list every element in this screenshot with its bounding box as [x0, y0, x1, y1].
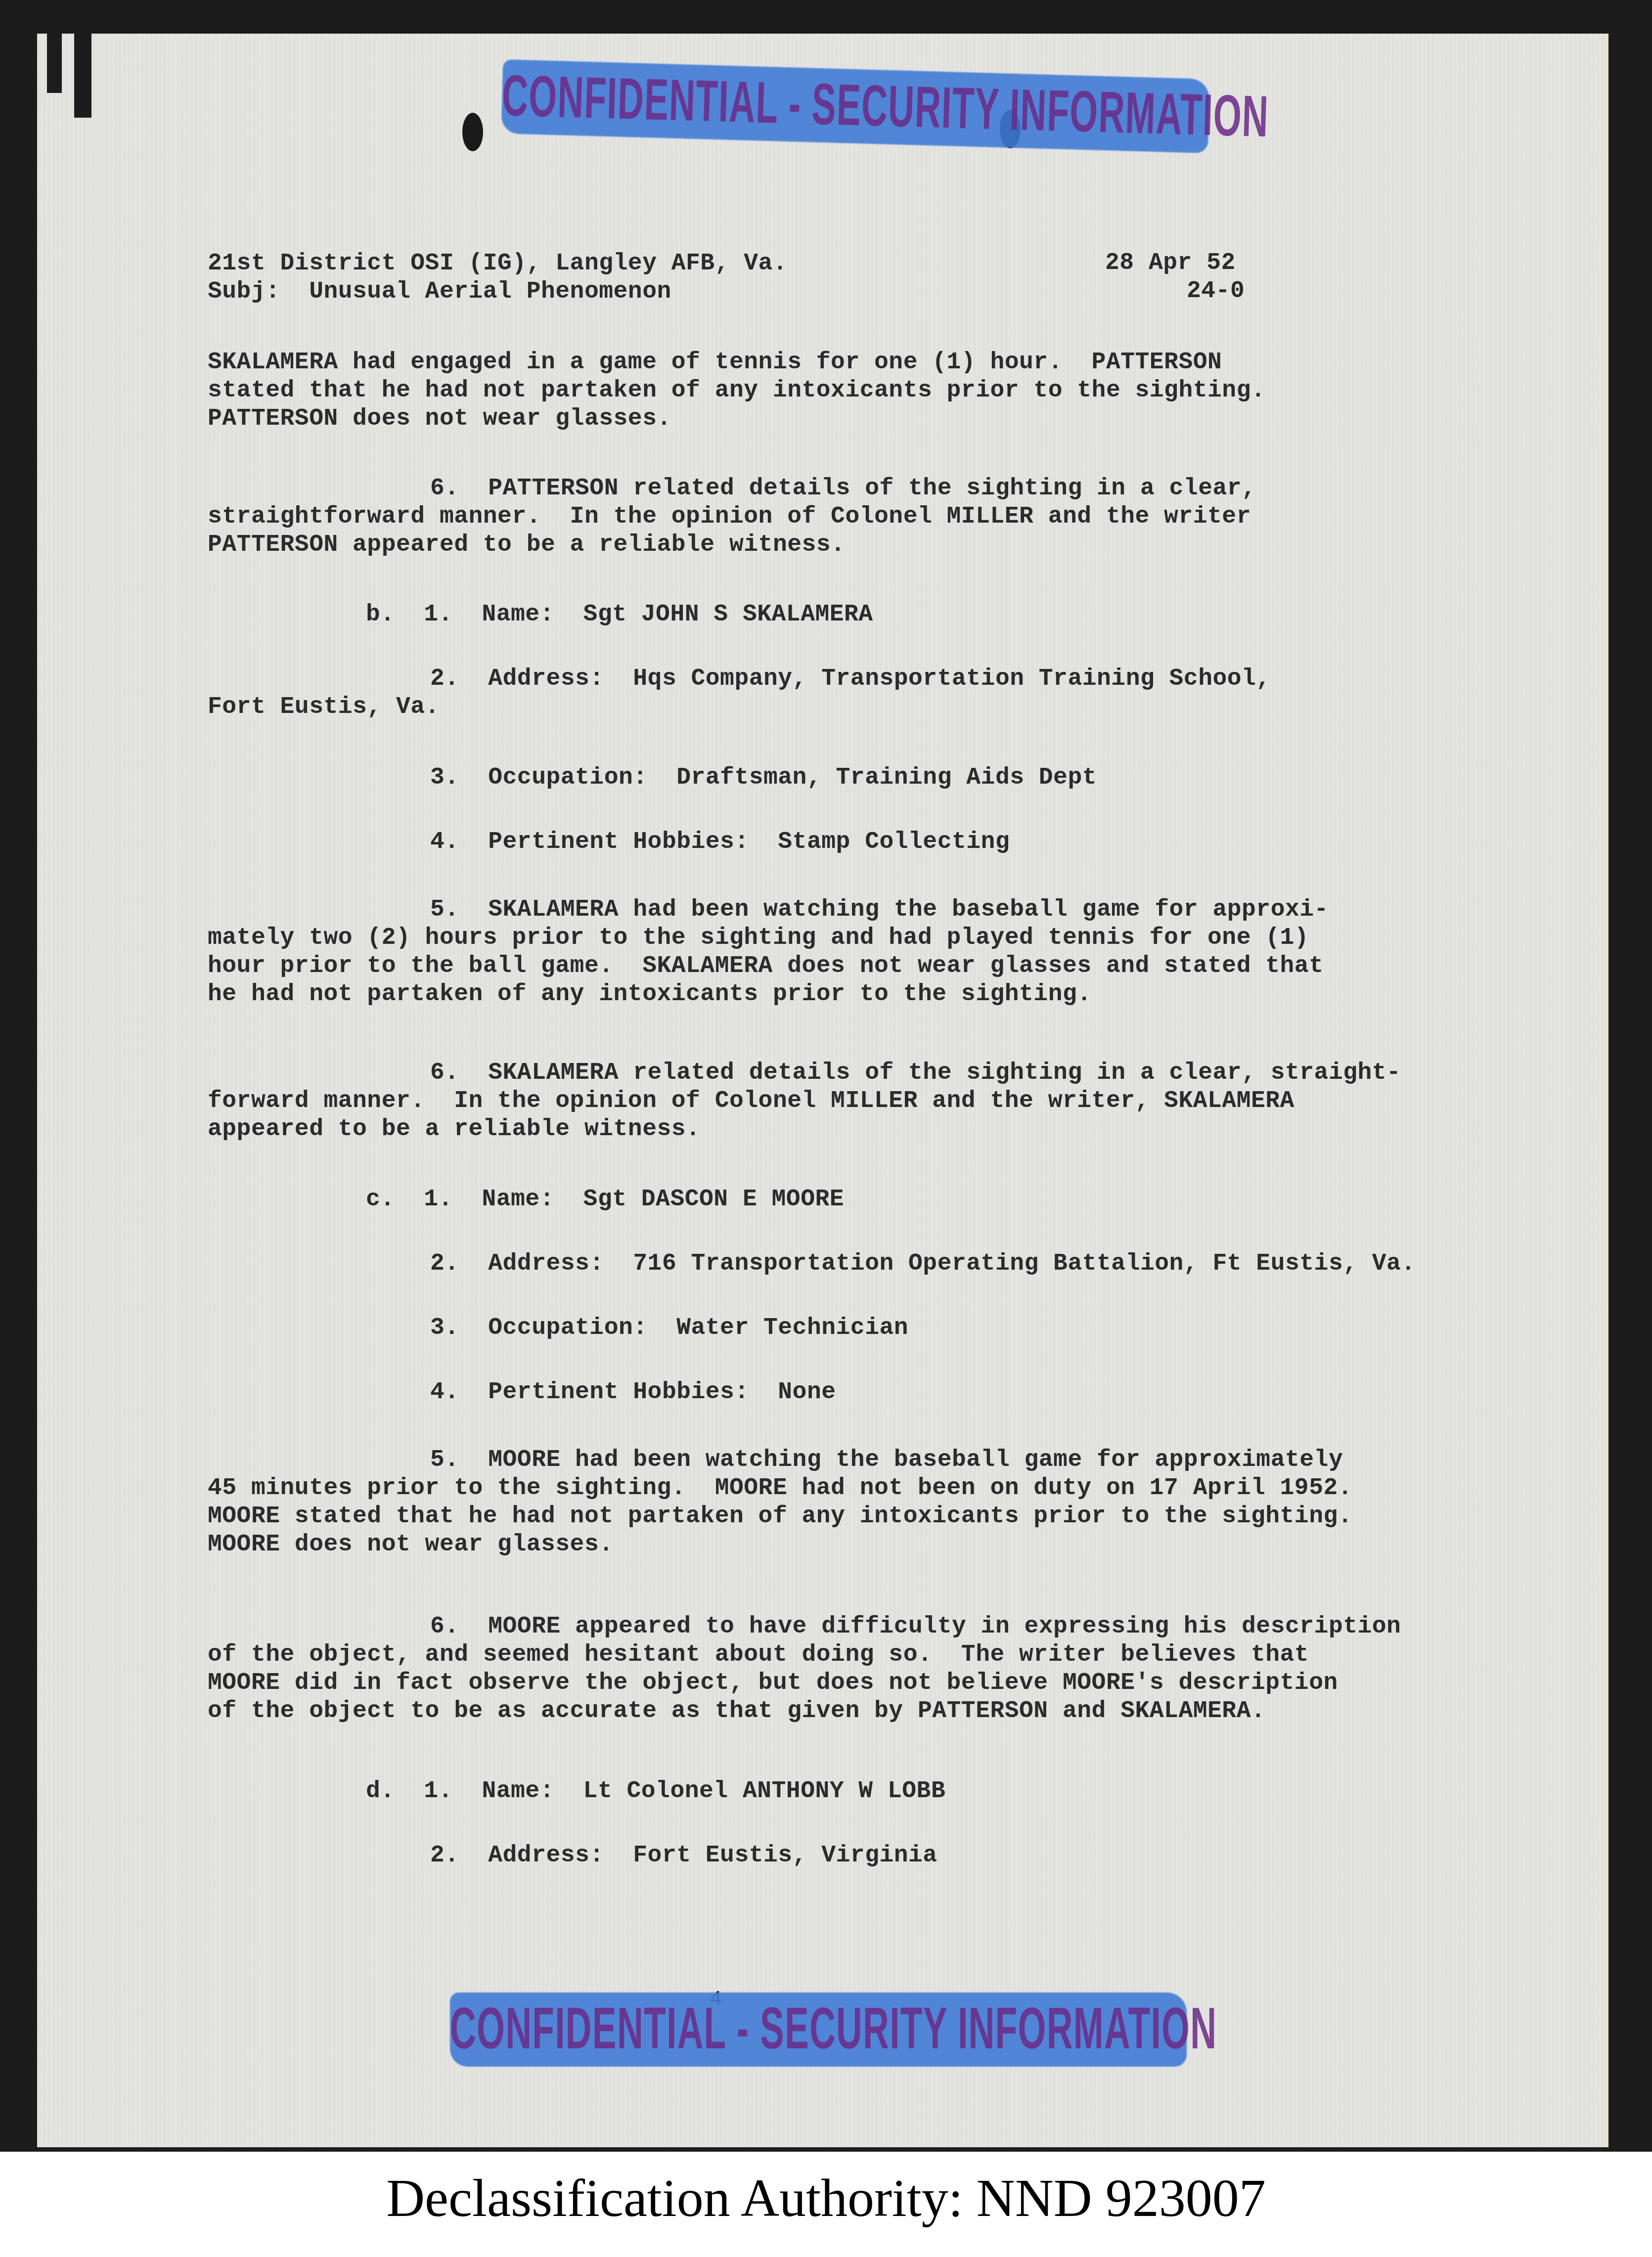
- witness-b-name: b. 1. Name: Sgt JOHN S SKALAMERA: [366, 601, 873, 629]
- paragraph-line: SKALAMERA had engaged in a game of tenni…: [208, 349, 1222, 377]
- paragraph-line: stated that he had not partaken of any i…: [208, 377, 1265, 405]
- witness-c-hobbies: 4. Pertinent Hobbies: None: [430, 1378, 836, 1407]
- classification-stamp-bottom: CONFIDENTIAL - SECURITY INFORMATION: [450, 1992, 1187, 2067]
- witness-d-address: 2. Address: Fort Eustis, Virginia: [430, 1842, 938, 1870]
- paragraph-line: of the object to be as accurate as that …: [208, 1697, 1265, 1726]
- paragraph-line: MOORE stated that he had not partaken of…: [208, 1503, 1352, 1531]
- declassification-caption: Declassification Authority: NND 923007: [0, 2168, 1652, 2229]
- paragraph-line: 5. SKALAMERA had been watching the baseb…: [430, 896, 1329, 924]
- paragraph-line: PATTERSON does not wear glasses.: [208, 405, 671, 433]
- paragraph-line: straightforward manner. In the opinion o…: [208, 503, 1251, 531]
- witness-b-address: 2. Address: Hqs Company, Transportation …: [430, 665, 1271, 693]
- header-subject: Subj: Unusual Aerial Phenomenon: [208, 278, 671, 306]
- paragraph-line: mately two (2) hours prior to the sighti…: [208, 924, 1309, 952]
- witness-d-name: d. 1. Name: Lt Colonel ANTHONY W LOBB: [366, 1777, 945, 1806]
- paragraph-line: 6. SKALAMERA related details of the sigh…: [430, 1059, 1401, 1087]
- paragraph-line: of the object, and seemed hesitant about…: [208, 1641, 1309, 1669]
- punch-hole-icon: [462, 113, 483, 151]
- paragraph-line: he had not partaken of any intoxicants p…: [208, 980, 1092, 1009]
- paragraph-line: MOORE did in fact observe the object, bu…: [208, 1669, 1338, 1697]
- paragraph-line: 5. MOORE had been watching the baseball …: [430, 1446, 1343, 1474]
- stamp-text: CONFIDENTIAL - SECURITY INFORMATION: [450, 1996, 907, 2061]
- witness-c-name: c. 1. Name: Sgt DASCON E MOORE: [366, 1186, 844, 1214]
- paragraph-line: 45 minutes prior to the sighting. MOORE …: [208, 1474, 1352, 1503]
- witness-c-occupation: 3. Occupation: Water Technician: [430, 1314, 908, 1342]
- paragraph-line: MOORE does not wear glasses.: [208, 1531, 614, 1559]
- tape-residue: [47, 34, 62, 93]
- paragraph-line: hour prior to the ball game. SKALAMERA d…: [208, 952, 1323, 980]
- witness-b-address-cont: Fort Eustis, Va.: [208, 693, 440, 721]
- witness-b-occupation: 3. Occupation: Draftsman, Training Aids …: [430, 764, 1097, 792]
- paragraph-line: 6. MOORE appeared to have difficulty in …: [430, 1613, 1401, 1641]
- paragraph-line: 6. PATTERSON related details of the sigh…: [430, 475, 1256, 503]
- header-file-number: 24-0: [1187, 278, 1245, 305]
- witness-b-hobbies: 4. Pertinent Hobbies: Stamp Collecting: [430, 828, 1010, 856]
- paragraph-line: forward manner. In the opinion of Colone…: [208, 1087, 1295, 1115]
- paragraph-line: appeared to be a reliable witness.: [208, 1115, 700, 1144]
- header-office: 21st District OSI (IG), Langley AFB, Va.: [208, 250, 787, 278]
- witness-c-address: 2. Address: 716 Transportation Operating…: [430, 1250, 1416, 1278]
- stamp-text: CONFIDENTIAL - SECURITY INFORMATION: [501, 63, 941, 140]
- header-date: 28 Apr 52: [1105, 250, 1236, 276]
- paragraph-line: PATTERSON appeared to be a reliable witn…: [208, 531, 845, 559]
- tape-residue: [74, 34, 91, 118]
